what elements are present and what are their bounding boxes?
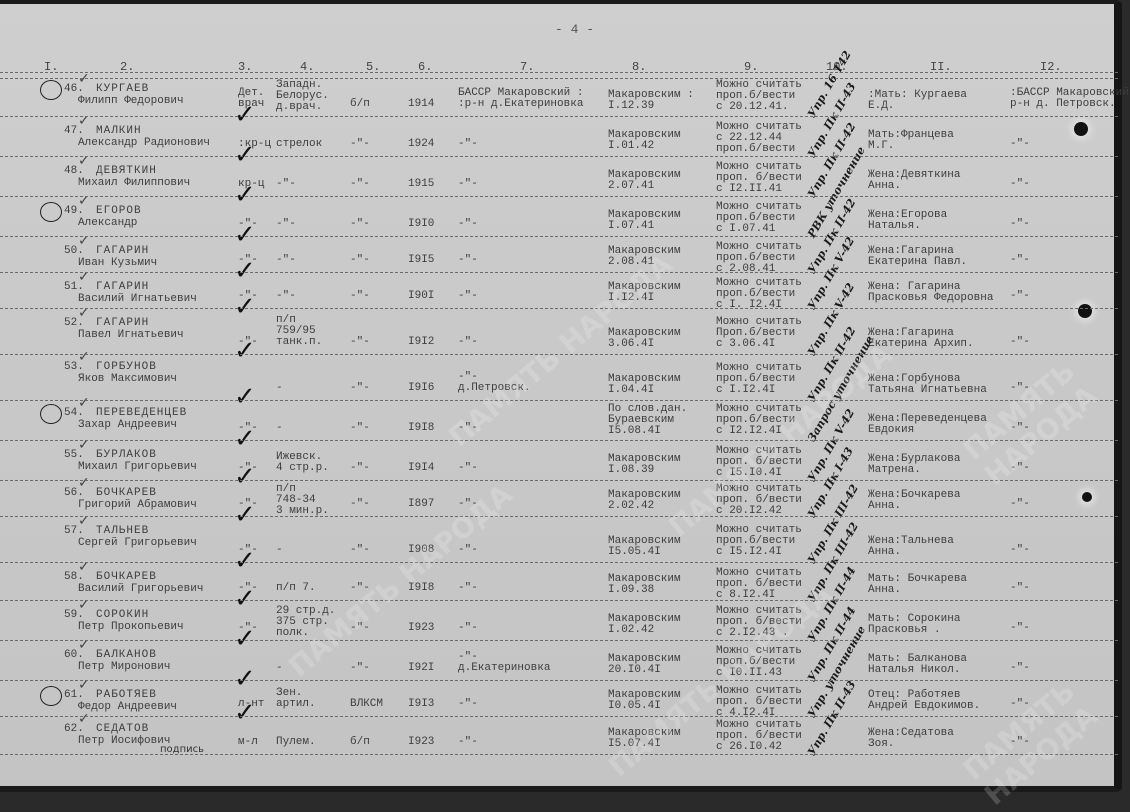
table-row: 59.СОРОКИНПетр Прокопьевич-"-29 стр.д. 3… [0,604,1118,640]
record-party: -"- [350,291,370,302]
record-rank: м-л [238,737,258,748]
table-row: 54.ПЕРЕВЕДЕНЦЕВЗахар Андреевич-"---"-I9I… [0,402,1118,440]
row-rule [0,716,1118,717]
record-birthplace: -"- [458,737,478,748]
record-relative: Мать: Сорокина Прасковья . [868,614,960,636]
record-party: -"- [350,255,370,266]
record-birthplace: -"- [458,583,478,594]
record-surname: БАЛКАНОВ [96,650,157,661]
check-icon: ✓ [78,156,90,167]
record-relative: Жена:Бурлакова Матрена. [868,454,960,476]
row-rule [0,308,1118,309]
record-relative: Отец: Работяев Андрей Евдокимов. [868,690,980,712]
record-given-name: Михаил Григорьевич [78,462,197,473]
record-given-name: Петр Миронович [78,662,170,673]
record-given-name: Филипп Федорович [78,96,184,107]
record-party: б/п [350,737,370,748]
record-unit: Зен. артил. [276,688,316,710]
record-drafted: Макаровским I.04.4I [608,374,681,396]
record-address: :БАССР Макаровский р-н д. Петровск. [1010,88,1129,110]
record-drafted: Макаровским 2.07.41 [608,170,681,192]
record-address: -"- [1010,583,1030,594]
table-row: 56.БОЧКАРЕВГригорий Абрамович-"-п/п 748-… [0,482,1118,516]
record-given-name: Петр Иосифович [78,736,170,747]
record-relative: Жена:Девяткина Анна. [868,170,960,192]
record-address: -"- [1010,179,1030,190]
row-rule [0,516,1118,517]
record-drafted: Макаровским I.08.39 [608,454,681,476]
record-year: I90I [408,291,434,302]
record-relative: Мать:Францева М.Г. [868,130,954,152]
record-year: 1924 [408,139,434,150]
check-icon: ✓ [78,308,90,319]
record-unit: стрелок [276,139,322,150]
record-year: I9I6 [408,383,434,394]
record-surname: БУРЛАКОВ [96,450,157,461]
record-address: -"- [1010,291,1030,302]
record-unit: Пулем. [276,737,316,748]
record-surname: МАЛКИН [96,126,142,137]
record-party: -"- [350,219,370,230]
check-icon: ✓ [78,236,90,247]
record-party: б/п [350,99,370,110]
record-surname: СОРОКИН [96,610,149,621]
row-rule [0,236,1118,237]
verification-check-icon: ✓ [234,392,256,403]
check-icon: ✓ [78,272,90,283]
record-year: I9I5 [408,255,434,266]
record-unit: - [276,383,283,394]
check-icon: ✓ [78,600,90,611]
record-drafted: Макаровским : I.12.39 [608,90,694,112]
check-icon: ✓ [78,562,90,573]
record-given-name: Александр Радионович [78,138,210,149]
row-rule [0,156,1118,157]
check-icon: ✓ [78,196,90,207]
record-drafted: Макаровским I.09.38 [608,574,681,596]
record-unit: Западн. Белорус. д.врач. [276,80,329,113]
record-drafted: Макаровским 3.06.4I [608,328,681,350]
row-rule [0,196,1118,197]
record-year: I9I0 [408,219,434,230]
record-relative: Жена:Горбунова Татьяна Игнатьевна [868,374,987,396]
record-status: Можно считать Проп.б/вести с 3.06.4I [716,317,802,350]
row-rule [0,562,1118,563]
record-surname: ГОРБУНОВ [96,362,157,373]
record-year: 1915 [408,179,434,190]
row-rule [0,754,1118,755]
record-given-name: Михаил Филиппович [78,178,190,189]
record-birthplace: -"- [458,291,478,302]
record-surname: РАБОТЯЕВ [96,690,157,701]
record-relative: Жена:Тальнева Анна. [868,536,954,558]
record-relative: :Мать: Кургаева Е.Д. [868,90,967,112]
row-rule [0,116,1118,117]
record-party: -"- [350,499,370,510]
record-given-name: Федор Андреевич [78,702,177,713]
record-status: Можно считать проп.б/вести с I. I2.4I [716,278,802,311]
record-drafted: Макаровским I.07.41 [608,210,681,232]
paper-hole [1082,492,1092,502]
circled-number-mark [40,686,62,706]
record-year: I92I [408,663,434,674]
record-surname: БОЧКАРЕВ [96,488,157,499]
record-relative: Жена:Егорова Наталья. [868,210,947,232]
record-given-name: Григорий Абрамович [78,500,197,511]
record-status: Можно считать проп.б/вести с I.I2.4I [716,363,802,396]
row-rule [0,640,1118,641]
record-year: I9I2 [408,337,434,348]
record-address: -"- [1010,139,1030,150]
table-row: 49.ЕГОРОВАлександр-"--"--"-I9I0-"-Макаро… [0,200,1118,236]
record-unit: Ижевск. 4 стр.р. [276,452,329,474]
record-status: Можно считать проп.б/вести с 2.08.41 [716,242,802,275]
record-party: -"- [350,463,370,474]
record-given-name: Яков Максимович [78,374,177,385]
table-row: 51.ГАГАРИНВасилий Игнатьевич-"--"--"-I90… [0,276,1118,308]
record-relative: Жена: Гагарина Прасковья Федоровна [868,282,993,304]
record-drafted: Макаровским I.01.42 [608,130,681,152]
record-status: Можно считать проп. б/вести с I2.II.41 [716,162,802,195]
record-unit: -"- [276,179,296,190]
record-address: -"- [1010,499,1030,510]
record-unit: п/п 759/95 танк.п. [276,315,322,348]
record-unit: - [276,423,283,434]
record-given-name: Сергей Григорьевич [78,538,197,549]
check-icon: ✓ [78,640,90,651]
record-birthplace: -"- [458,255,478,266]
row-rule [0,272,1118,273]
record-drafted: По слов.дан. Бураевским I5.08.4I [608,404,687,437]
record-surname: ГАГАРИН [96,246,149,257]
record-party: -"- [350,179,370,190]
record-year: I9I4 [408,463,434,474]
record-given-name: Александр [78,218,137,229]
record-relative: Жена:Бочкарева Анна. [868,490,960,512]
record-surname: ДЕВЯТКИН [96,166,157,177]
record-year: I923 [408,623,434,634]
row-rule [0,440,1118,441]
record-unit: п/п 748-34 3 мин.р. [276,484,329,517]
record-given-name: Василий Игнатьевич [78,294,197,305]
record-surname: БОЧКАРЕВ [96,572,157,583]
page-number: - 4 - [555,22,594,37]
table-row: 50.ГАГАРИНИван Кузьмич-"--"--"-I9I5-"-Ма… [0,240,1118,272]
record-birthplace: -"- [458,219,478,230]
record-unit: п/п 7. [276,583,316,594]
record-birthplace: -"- [458,179,478,190]
record-surname: ТАЛЬНЕВ [96,526,149,537]
record-status: Можно считать проп. б/вести с 8.I2.4I [716,568,802,601]
check-icon: ✓ [78,74,90,85]
record-unit: -"- [276,255,296,266]
record-birthplace: -"- [458,623,478,634]
table-row: 57.ТАЛЬНЕВСергей Григорьевич-"---"-I908-… [0,520,1118,562]
verification-check-icon: ✓ [234,346,256,357]
record-surname: ГАГАРИН [96,282,149,293]
paper-hole [1074,122,1088,136]
record-address: -"- [1010,663,1030,674]
check-icon: ✓ [78,680,90,691]
record-unit: - [276,663,283,674]
record-party: -"- [350,663,370,674]
circled-number-mark [40,80,62,100]
record-status: Можно считать с 22.12.44 проп.б/вести [716,122,802,155]
record-surname: ГАГАРИН [96,318,149,329]
header-rule [0,72,1118,73]
check-icon: ✓ [78,516,90,527]
header-rule [0,78,1118,79]
document-page: - 4 - I.2.3.4.5.6.7.8.9.10.II.I2. 46.КУР… [0,0,1122,792]
record-drafted: Макаровским I.02.42 [608,614,681,636]
record-year: I9I8 [408,423,434,434]
table-row: 47.МАЛКИНАлександр Радионович:кр-цстрело… [0,120,1118,156]
record-address: -"- [1010,255,1030,266]
record-unit: -"- [276,219,296,230]
table-row: 60.БАЛКАНОВПетр Миронович--"-I92I-"- д.Е… [0,644,1118,680]
record-address: -"- [1010,623,1030,634]
verification-check-icon: ✓ [234,708,256,719]
record-surname: СЕДАТОВ [96,724,149,735]
record-party: -"- [350,423,370,434]
record-relative: Мать: Балканова Наталья Никол. [868,654,967,676]
record-given-name: Василий Григорьевич [78,584,203,595]
record-unit: - [276,545,283,556]
record-year: I897 [408,499,434,510]
record-status: Можно считать проп.б/вести с I5.I2.4I [716,525,802,558]
record-party: -"- [350,545,370,556]
record-birthplace: БАССР Макаровский : :р-н д.Екатериновка [458,88,583,110]
check-icon: ✓ [78,116,90,127]
table-row: 61.РАБОТЯЕВФедор Андреевичл-нтЗен. артил… [0,684,1118,716]
table-row: 55.БУРЛАКОВМихаил Григорьевич-"-Ижевск. … [0,444,1118,480]
record-status: Можно считать проп.б/вести с 20.12.41. [716,80,802,113]
record-status: Можно считать проп. б/вести с 26.I0.42 [716,720,802,753]
column-number-header: I.2.3.4.5.6.7.8.9.10.II.I2. [0,60,1120,76]
record-status: Можно считать проп.б/вести с I.07.41 [716,202,802,235]
record-party: -"- [350,383,370,394]
record-drafted: Макаровским 2.02.42 [608,490,681,512]
record-address: -"- [1010,545,1030,556]
record-given-name: Павел Игнатьевич [78,330,184,341]
circled-number-mark [40,202,62,222]
record-year: 1914 [408,99,434,110]
record-surname: ЕГОРОВ [96,206,142,217]
record-drafted: Макаровским 20.I0.4I [608,654,681,676]
record-party: ВЛКСМ [350,699,383,710]
table-row: 58.БОЧКАРЕВВасилий Григорьевич-"-п/п 7.-… [0,566,1118,600]
record-relative: Жена:Седатова Зоя. [868,728,954,750]
record-relative: Мать: Бочкарева Анна. [868,574,967,596]
record-given-name: Петр Прокопьевич [78,622,184,633]
record-birthplace: -"- [458,139,478,150]
record-birthplace: -"- д.Екатериновка [458,652,550,674]
record-unit: -"- [276,291,296,302]
record-year: I9I3 [408,699,434,710]
row-rule [0,480,1118,481]
record-party: -"- [350,139,370,150]
row-rule [0,600,1118,601]
table-row: 48.ДЕВЯТКИНМихаил Филипповичкр-ц-"--"-19… [0,160,1118,196]
record-address: -"- [1010,219,1030,230]
row-rule [0,400,1118,401]
row-rule [0,680,1118,681]
record-birthplace: -"- [458,463,478,474]
record-given-name: Иван Кузьмич [78,258,157,269]
record-year: I923 [408,737,434,748]
record-drafted: Макаровским I5.05.4I [608,536,681,558]
record-surname: ПЕРЕВЕДЕНЦЕВ [96,408,187,419]
circled-number-mark [40,404,62,424]
record-relative: Жена:Гагарина Екатерина Павл. [868,246,967,268]
table-row: 46.КУРГАЕВФилипп ФедоровичДет. врачЗапад… [0,78,1118,116]
record-birthplace: -"- [458,337,478,348]
record-surname: КУРГАЕВ [96,84,149,95]
record-given-name: Захар Андреевич [78,420,177,431]
paper-hole [1078,304,1092,318]
record-birthplace: -"- [458,699,478,710]
record-address: -"- [1010,337,1030,348]
verification-check-icon: ✓ [234,472,256,483]
check-icon: ✓ [78,440,90,451]
record-party: -"- [350,337,370,348]
